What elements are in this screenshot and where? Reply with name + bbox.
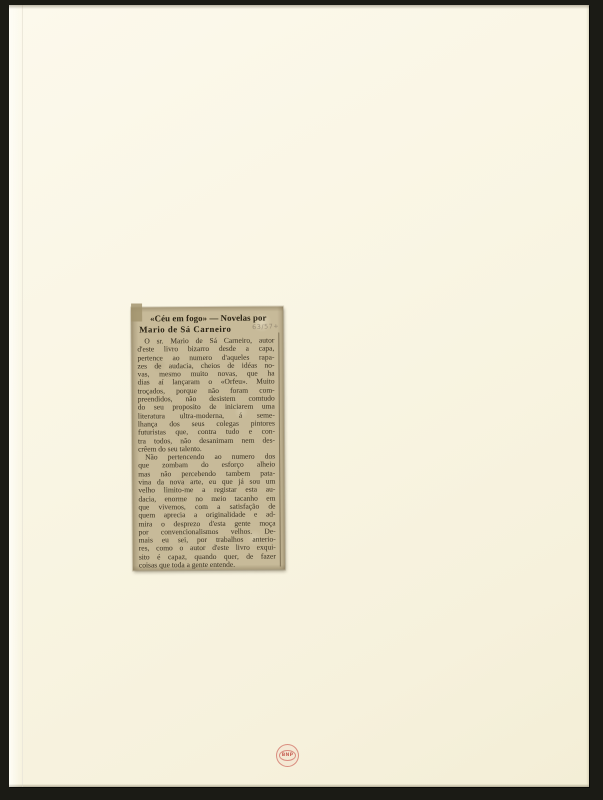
stamp-inner-oval: BNP bbox=[279, 750, 296, 761]
column-rule bbox=[278, 332, 281, 566]
stamp-label: BNP bbox=[282, 753, 294, 758]
clipping-title-line: «Céu em fogo» — Novelas por bbox=[137, 313, 275, 325]
pencil-annotation: 63/57+ bbox=[252, 323, 279, 331]
page-top-shadow bbox=[9, 5, 589, 9]
newspaper-clipping: «Céu em fogo» — Novelas por Mario de Sá … bbox=[131, 306, 285, 570]
scanner-background: { "page": { "background_color": "#1b1b15… bbox=[0, 0, 603, 800]
library-stamp: BNP bbox=[276, 744, 299, 767]
album-page: «Céu em fogo» — Novelas por Mario de Sá … bbox=[9, 5, 589, 787]
clipping-text-column: O sr. Mario de Sá Carneiro, autor d'este… bbox=[137, 337, 276, 570]
clipping-text-line: coisas que toda a gente entende. bbox=[139, 561, 276, 570]
